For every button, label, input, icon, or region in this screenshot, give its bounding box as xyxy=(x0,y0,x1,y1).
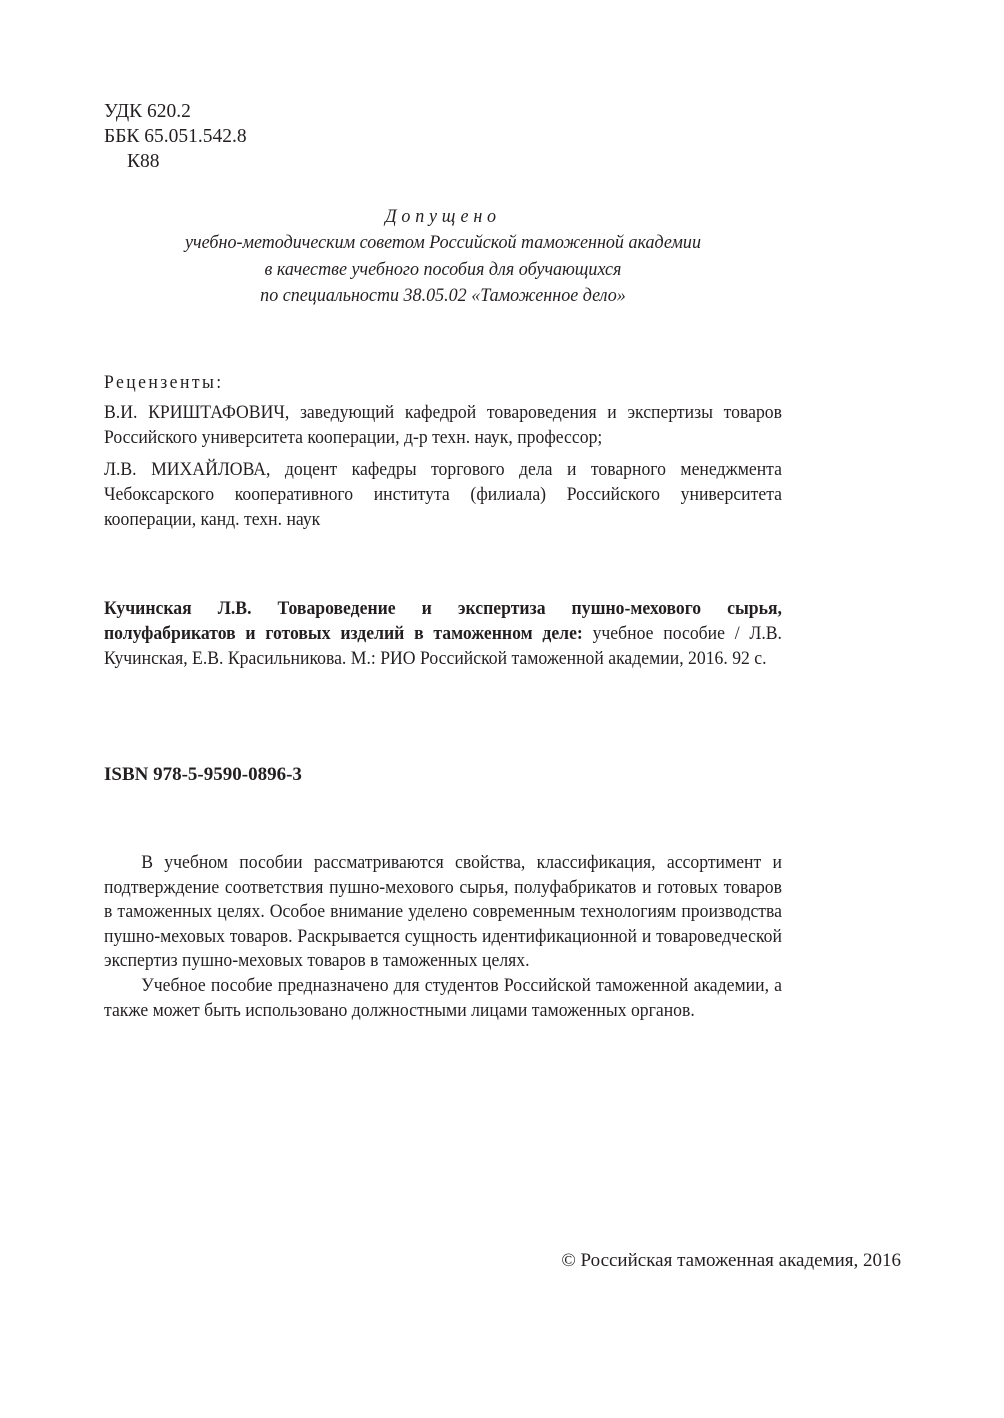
approval-line: по специальности 38.05.02 «Таможенное де… xyxy=(121,283,765,309)
author-mark: К88 xyxy=(104,149,782,174)
reviewer-entry: Л.В. МИХАЙЛОВА, доцент кафедры торгового… xyxy=(104,457,782,532)
udk-code: УДК 620.2 xyxy=(104,99,782,124)
reviewer-entry: В.И. КРИШТАФОВИЧ, заведующий кафедрой то… xyxy=(104,400,782,450)
reviewers-section: Рецензенты: В.И. КРИШТАФОВИЧ, заведующий… xyxy=(104,370,782,539)
approval-stamp: Допущено учебно-методическим советом Рос… xyxy=(104,204,782,309)
approval-line: учебно-методическим советом Российской т… xyxy=(121,230,765,256)
copyright-notice: © Российская таможенная академия, 2016 xyxy=(561,1248,901,1273)
bibliographic-description: Кучинская Л.В. Товароведение и экспертиз… xyxy=(104,596,782,671)
abstract-paragraph: Учебное пособие предназначено для студен… xyxy=(104,974,782,1023)
isbn: ISBN 978-5-9590-0896-3 xyxy=(104,762,782,787)
bibliographic-record: Кучинская Л.В. Товароведение и экспертиз… xyxy=(104,596,782,671)
approval-heading: Допущено xyxy=(121,204,765,230)
bbk-code: ББК 65.051.542.8 xyxy=(104,124,782,149)
abstract-paragraph: В учебном пособии рассматриваются свойст… xyxy=(104,851,782,974)
reviewers-label: Рецензенты: xyxy=(104,370,782,395)
abstract: В учебном пособии рассматриваются свойст… xyxy=(104,851,782,1023)
classification-codes: УДК 620.2 ББК 65.051.542.8 К88 xyxy=(104,99,782,174)
approval-line: в качестве учебного пособия для обучающи… xyxy=(121,257,765,283)
book-imprint-page: УДК 620.2 ББК 65.051.542.8 К88 Допущено … xyxy=(0,0,1004,1418)
